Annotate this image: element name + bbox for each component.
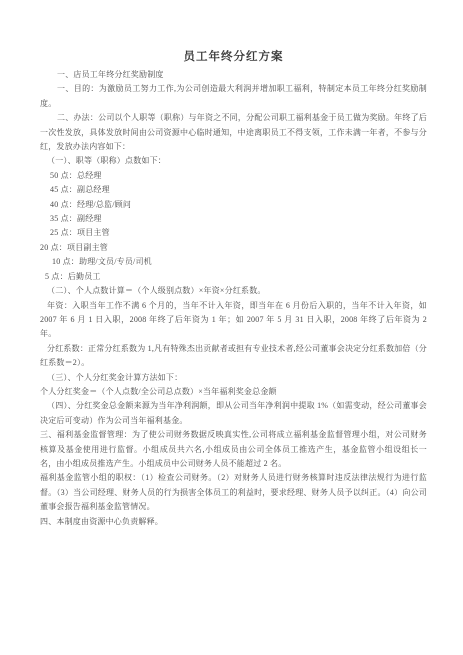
para-rank-points-heading: （一）、职等（职称）点数如下：	[40, 154, 427, 168]
document-page: 员工年终分红方案 一、店员工年终分红奖励制度 一、目的：为激励员工努力工作,为公…	[0, 0, 463, 655]
point-item: 10 点：助理/文员/专员/司机	[40, 255, 427, 269]
point-item: 40 点：经理/总监/顾问	[40, 198, 427, 212]
para-method: 二、办法：公司以个人职等（职称）与年资之不同，分配公司职工福利基金于员工做为奖励…	[40, 111, 427, 154]
rank-points-list: 50 点：总经理 45 点：副总经理 40 点：经理/总监/顾问 35 点：副经…	[40, 169, 427, 284]
para-seniority: 年资：入职当年工作不满 6 个月的，当年不计入年资，即当年在 6 月份后入职的，…	[40, 299, 427, 342]
point-item: 50 点：总经理	[40, 169, 427, 183]
point-item: 20 点：项目副主管	[40, 241, 427, 255]
para-fund-supervision: 三、福利基金监督管理：为了使公司财务数据反映真实性,公司将成立福利基金监督管理小…	[40, 428, 427, 471]
para-supervision-team-duties: 福利基金监管小组的职权：（1）检查公司财务。（2）对财务人员进行财务核算时违反法…	[40, 471, 427, 514]
point-item: 35 点：副经理	[40, 212, 427, 226]
heading-line: 一、店员工年终分红奖励制度	[40, 68, 427, 82]
para-personal-points-formula: （二）、个人点数计算＝（个人级别点数）×年资×分红系数。	[40, 284, 427, 298]
para-bonus-calc-heading: （三）、个人分红奖金计算方法如下：	[40, 371, 427, 385]
para-bonus-formula: 个人分红奖金＝（个人点数/全公司总点数）×当年福利奖金总金额	[40, 385, 427, 399]
document-content: 员工年终分红方案 一、店员工年终分红奖励制度 一、目的：为激励员工努力工作,为公…	[40, 50, 427, 529]
para-fund-source: （四）、分红奖金总金额来源为当年净利润额，即从公司当年净利润中提取 1%（如需变…	[40, 399, 427, 428]
point-item: 5 点：后勤员工	[40, 270, 427, 284]
document-title: 员工年终分红方案	[40, 50, 427, 65]
point-item: 45 点：副总经理	[40, 183, 427, 197]
para-objective: 一、目的：为激励员工努力工作,为公司创造最大利润并增加职工福利，特制定本员工年终…	[40, 82, 427, 111]
para-dividend-coefficient: 分红系数：正常分红系数为 1,凡有特殊杰出贡献者或担有专业技术者,经公司董事会决…	[40, 342, 427, 371]
para-interpretation: 四、本制度由资源中心负责解释。	[40, 515, 427, 529]
point-item: 25 点：项目主管	[40, 226, 427, 240]
